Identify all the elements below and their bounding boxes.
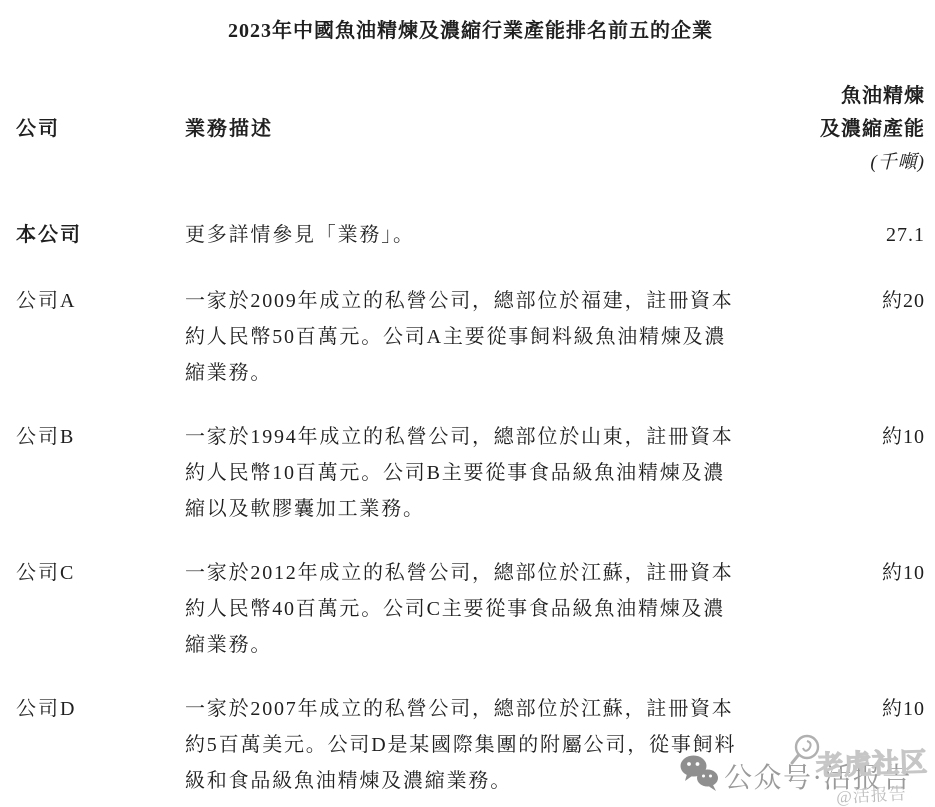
capacity-value: 約10 bbox=[741, 555, 925, 663]
document-page: 2023年中國魚油精煉及濃縮行業產能排名前五的企業 公司 業務描述 魚油精煉 及… bbox=[0, 0, 935, 807]
company-name: 公司D bbox=[16, 691, 185, 799]
description-line: 約人民幣10百萬元。公司B主要從事食品級魚油精煉及濃 bbox=[185, 455, 741, 491]
description-line: 更多詳情參見「業務」。 bbox=[185, 217, 741, 253]
header-capacity: 魚油精煉 及濃縮產能 (千噸) bbox=[741, 80, 925, 179]
description-line: 約5百萬美元。公司D是某國際集團的附屬公司，從事飼料 bbox=[185, 727, 741, 763]
description-line: 約人民幣50百萬元。公司A主要從事飼料級魚油精煉及濃 bbox=[185, 319, 741, 355]
header-company: 公司 bbox=[16, 80, 185, 179]
company-name: 公司A bbox=[16, 283, 185, 391]
header-capacity-unit: (千噸) bbox=[741, 146, 925, 179]
capacity-value: 27.1 bbox=[741, 217, 925, 253]
description-line: 一家於2007年成立的私營公司，總部位於江蘇，註冊資本 bbox=[185, 691, 741, 727]
company-name: 公司B bbox=[16, 419, 185, 527]
table-row: 公司A一家於2009年成立的私營公司，總部位於福建，註冊資本約人民幣50百萬元。… bbox=[16, 283, 925, 391]
business-description: 一家於2009年成立的私營公司，總部位於福建，註冊資本約人民幣50百萬元。公司A… bbox=[185, 283, 741, 391]
table-row: 公司D一家於2007年成立的私營公司，總部位於江蘇，註冊資本約5百萬美元。公司D… bbox=[16, 691, 925, 799]
description-line: 一家於2009年成立的私營公司，總部位於福建，註冊資本 bbox=[185, 283, 741, 319]
table-row: 公司C一家於2012年成立的私營公司，總部位於江蘇，註冊資本約人民幣40百萬元。… bbox=[16, 555, 925, 663]
capacity-value: 約10 bbox=[741, 419, 925, 527]
capacity-value: 約10 bbox=[741, 691, 925, 799]
table-row: 公司B一家於1994年成立的私營公司，總部位於山東，註冊資本約人民幣10百萬元。… bbox=[16, 419, 925, 527]
page-title: 2023年中國魚油精煉及濃縮行業產能排名前五的企業 bbox=[16, 17, 925, 45]
company-name: 本公司 bbox=[16, 217, 185, 253]
capacity-value: 約20 bbox=[741, 283, 925, 391]
header-description: 業務描述 bbox=[185, 80, 741, 179]
business-description: 一家於1994年成立的私營公司，總部位於山東，註冊資本約人民幣10百萬元。公司B… bbox=[185, 419, 741, 527]
table-row: 本公司更多詳情參見「業務」。27.1 bbox=[16, 217, 925, 253]
description-line: 級和食品級魚油精煉及濃縮業務。 bbox=[185, 763, 741, 799]
description-line: 縮業務。 bbox=[185, 355, 741, 391]
company-name: 公司C bbox=[16, 555, 185, 663]
business-description: 一家於2012年成立的私營公司，總部位於江蘇，註冊資本約人民幣40百萬元。公司C… bbox=[185, 555, 741, 663]
description-line: 一家於1994年成立的私營公司，總部位於山東，註冊資本 bbox=[185, 419, 741, 455]
description-line: 縮以及軟膠囊加工業務。 bbox=[185, 491, 741, 527]
description-line: 一家於2012年成立的私營公司，總部位於江蘇，註冊資本 bbox=[185, 555, 741, 591]
business-description: 一家於2007年成立的私營公司，總部位於江蘇，註冊資本約5百萬美元。公司D是某國… bbox=[185, 691, 741, 799]
table-header: 公司 業務描述 魚油精煉 及濃縮產能 (千噸) bbox=[16, 80, 925, 179]
table-body: 本公司更多詳情參見「業務」。27.1公司A一家於2009年成立的私營公司，總部位… bbox=[16, 217, 925, 799]
header-capacity-line2: 及濃縮產能 bbox=[741, 113, 925, 146]
description-line: 縮業務。 bbox=[185, 627, 741, 663]
business-description: 更多詳情參見「業務」。 bbox=[185, 217, 741, 253]
header-capacity-line1: 魚油精煉 bbox=[741, 80, 925, 113]
description-line: 約人民幣40百萬元。公司C主要從事食品級魚油精煉及濃 bbox=[185, 591, 741, 627]
